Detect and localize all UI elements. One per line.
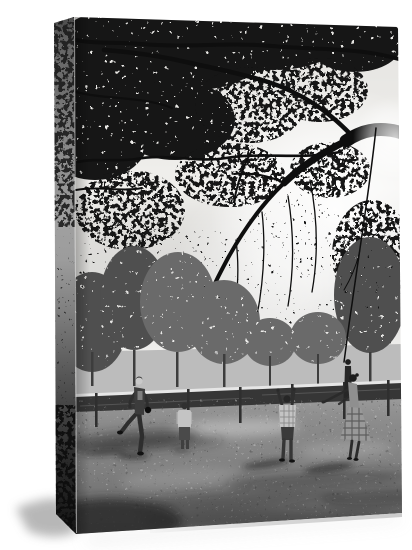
- boy-shirt: [279, 405, 296, 427]
- child-head: [181, 403, 187, 409]
- man-shirt: [138, 391, 143, 400]
- boy-head: [283, 395, 290, 402]
- canvas-print-image: [0, 0, 412, 550]
- child-shirt: [178, 410, 191, 428]
- product-shot: [0, 0, 412, 550]
- ball-glove: [145, 407, 151, 413]
- canvas-front-face: [38, 6, 412, 546]
